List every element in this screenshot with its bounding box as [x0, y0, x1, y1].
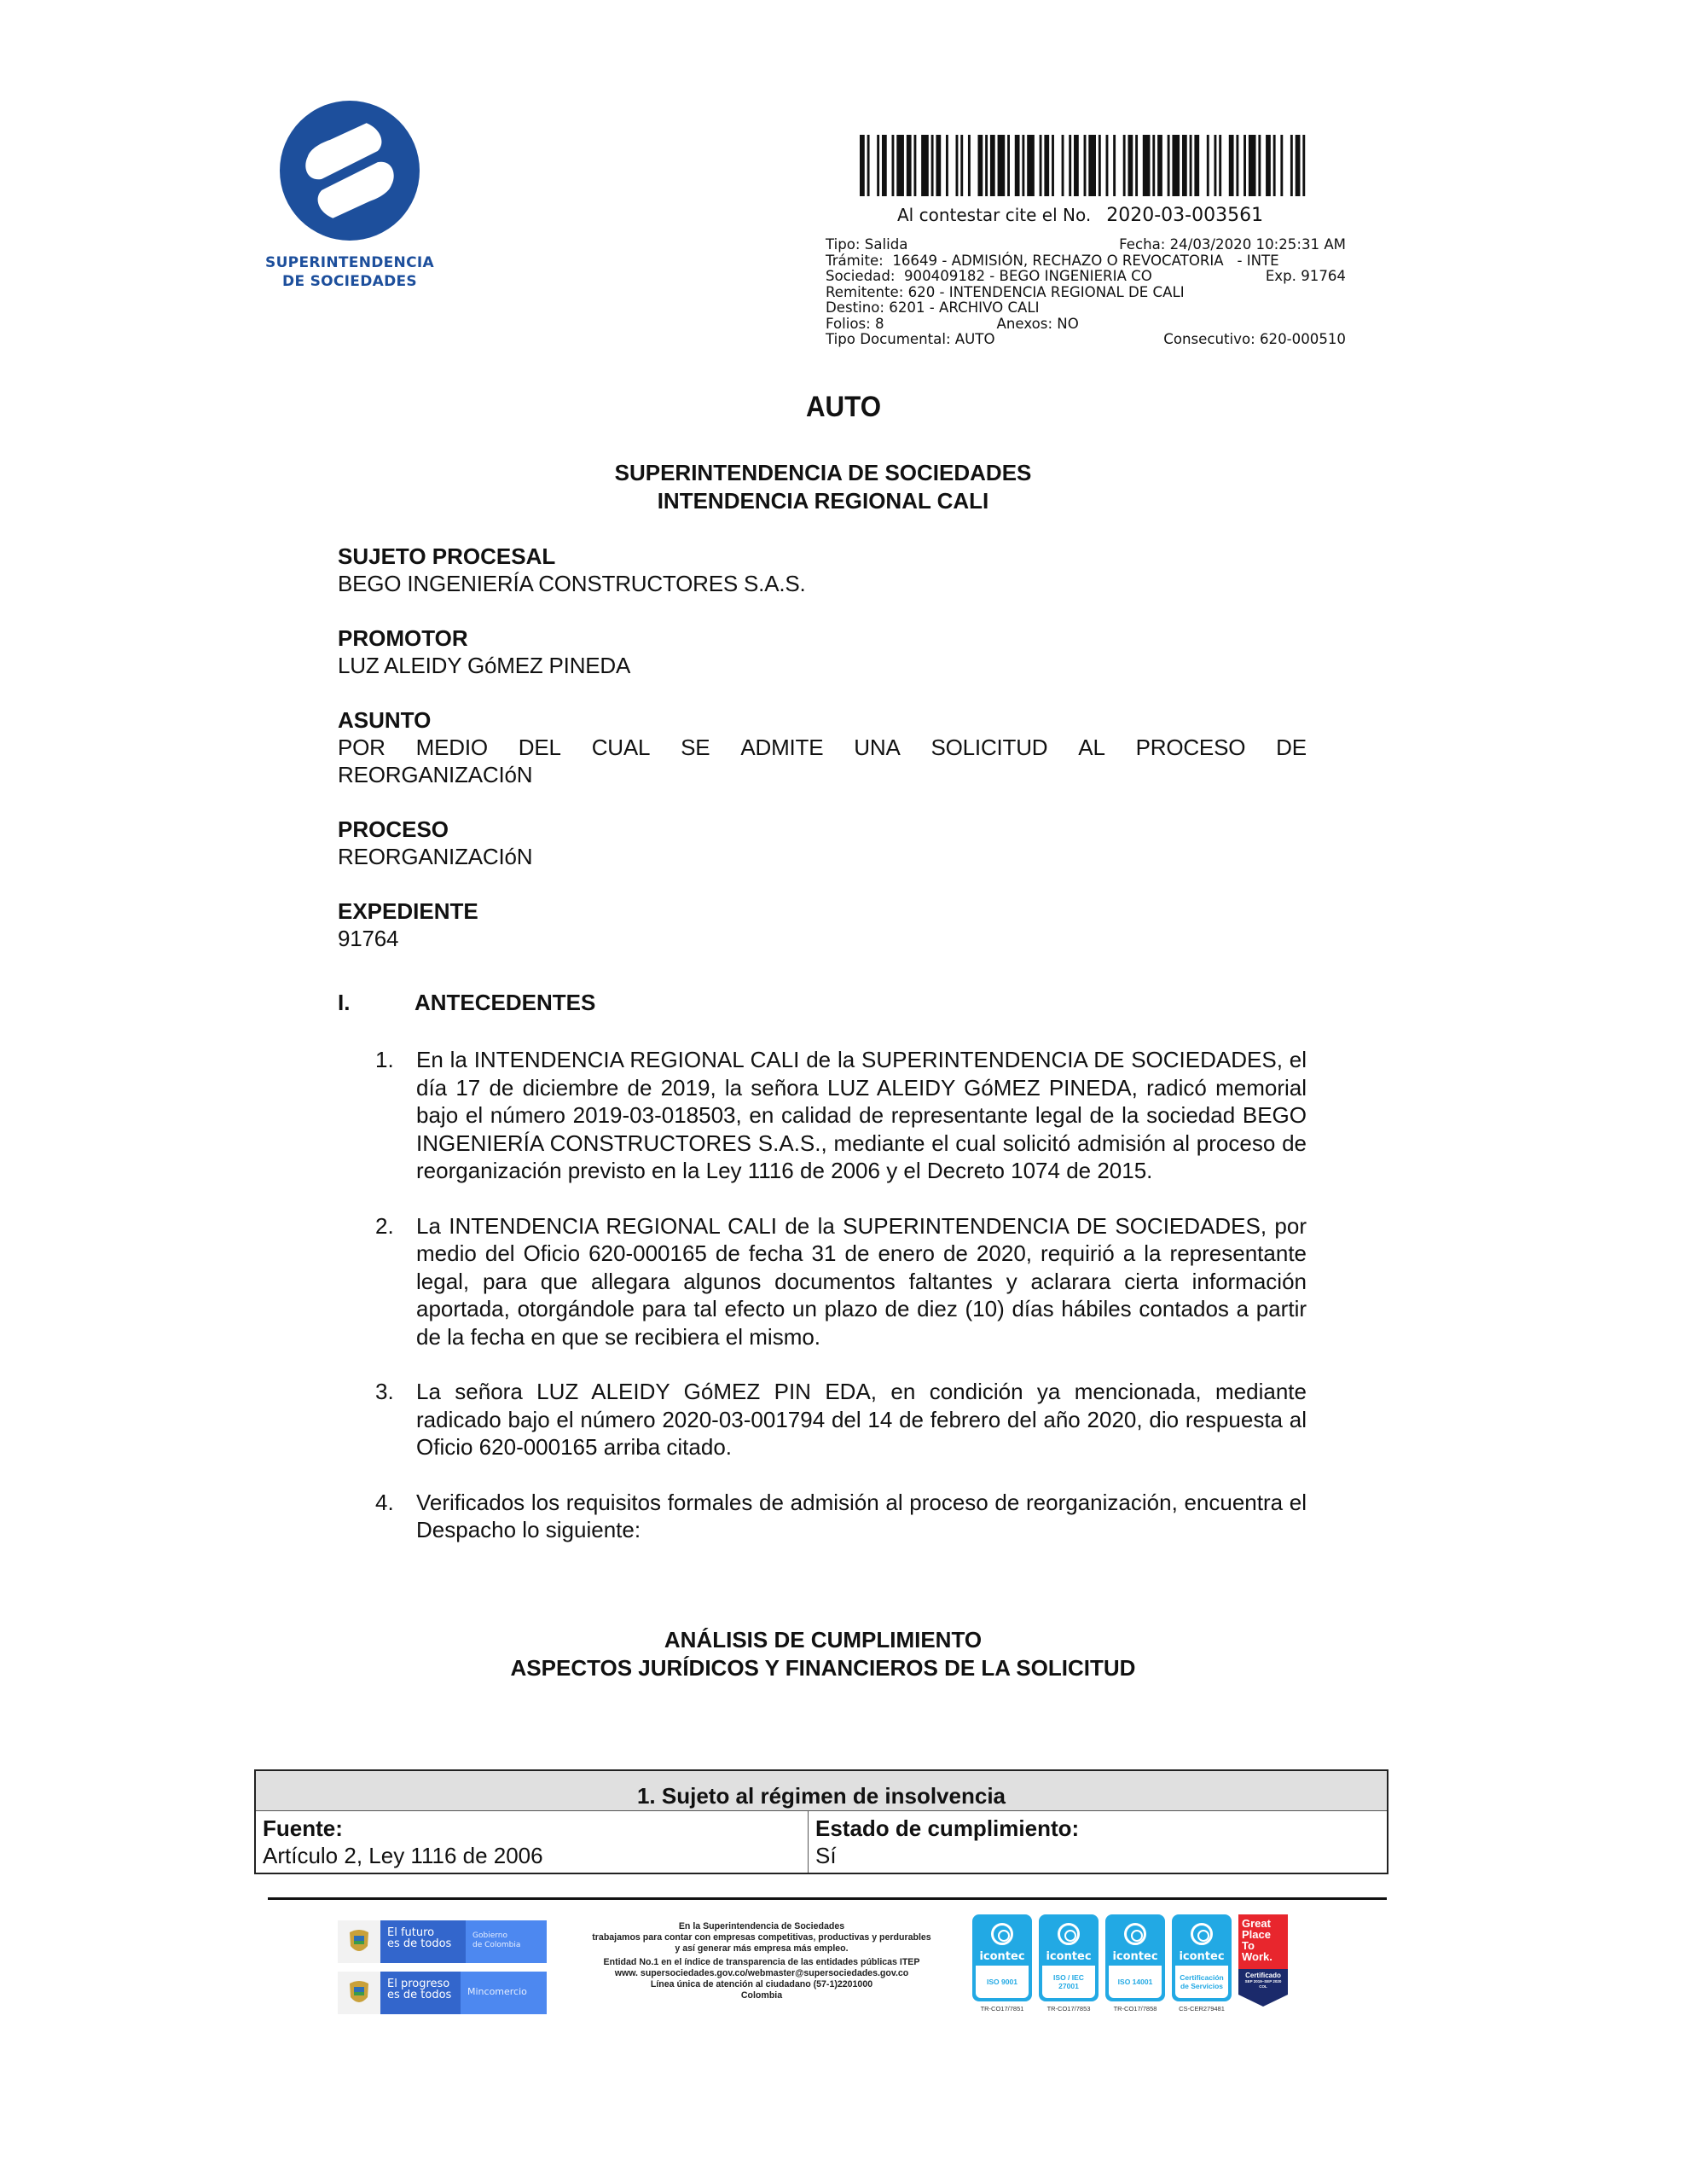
- cert-brand: icontec: [1105, 1950, 1165, 1963]
- table-header: 1. Sujeto al régimen de insolvencia: [256, 1771, 1387, 1811]
- sticker-consecutivo: Consecutivo: 620-000510: [1163, 332, 1346, 348]
- certification-badges: icontecISO 9001TR-CO17/7851icontecISO / …: [972, 1914, 1288, 2013]
- field-value: 91764: [338, 925, 1307, 952]
- cite-number: 2020-03-003561: [1106, 205, 1263, 226]
- gov-badge-line-2: es de todos: [387, 1989, 461, 2001]
- asunto-word: DEL: [519, 734, 561, 761]
- asunto-word: AL: [1078, 734, 1104, 761]
- field-sujeto-procesal: SUJETO PROCESAL BEGO INGENIERÍA CONSTRUC…: [338, 543, 1307, 597]
- footer-divider: [268, 1897, 1387, 1900]
- great-place-to-work-badge: GreatPlaceToWork.CertificadoSEP 2019–SEP…: [1238, 1914, 1288, 2010]
- cert-brand: icontec: [972, 1950, 1032, 1963]
- gov-badge-line-2: es de todos: [387, 1938, 466, 1949]
- sticker-destino: Destino: 6201 - ARCHIVO CALI: [826, 300, 1040, 317]
- field-label: ASUNTO: [338, 706, 1307, 734]
- footer-line: En la Superintendencia de Sociedades: [554, 1921, 969, 1932]
- cell-label: Estado de cumplimiento:: [815, 1815, 1380, 1842]
- organization-heading: SUPERINTENDENCIA DE SOCIEDADES INTENDENC…: [0, 459, 1646, 515]
- field-label: EXPEDIENTE: [338, 897, 1307, 925]
- icontec-logo-icon: [1058, 1923, 1080, 1945]
- list-item-text: En la INTENDENCIA REGIONAL CALI de la SU…: [416, 1046, 1307, 1185]
- list-item-number: 1.: [375, 1046, 416, 1185]
- section-title: ANTECEDENTES: [415, 990, 595, 1016]
- cert-code: TR-CO17/7851: [972, 2005, 1032, 2013]
- field-label: PROMOTOR: [338, 624, 1307, 652]
- supersociedades-logo: SUPERINTENDENCIA DE SOCIEDADES: [256, 101, 443, 291]
- field-value: REORGANIZACIóN: [338, 843, 1307, 870]
- field-value: BEGO INGENIERÍA CONSTRUCTORES S.A.S.: [338, 570, 1307, 597]
- cert-label: Certificación de Servicios: [1175, 1966, 1228, 1998]
- field-promotor: PROMOTOR LUZ ALEIDY GóMEZ PINEDA: [338, 624, 1307, 679]
- cite-number-line: Al contestar cite el No.2020-03-003561: [897, 205, 1263, 226]
- analysis-line-2: ASPECTOS JURÍDICOS Y FINANCIEROS DE LA S…: [0, 1654, 1646, 1682]
- asunto-word: DE: [1276, 734, 1307, 761]
- field-value-line-2: REORGANIZACIóN: [338, 761, 1307, 788]
- cell-label: Fuente:: [263, 1815, 801, 1842]
- list-item-text: Verificados los requisitos formales de a…: [416, 1489, 1307, 1544]
- gptw-certified: CertificadoSEP 2019–SEP 2020COL: [1238, 1969, 1288, 1995]
- org-line-1: SUPERINTENDENCIA DE SOCIEDADES: [0, 459, 1646, 487]
- sticker-exp: Exp. 91764: [1266, 269, 1346, 285]
- list-item-number: 2.: [375, 1212, 416, 1351]
- icontec-certification-badge: icontecISO 14001TR-CO17/7858: [1105, 1914, 1165, 2013]
- colombia-coat-of-arms-icon: [338, 1972, 380, 2014]
- sticker-fecha: Fecha: 24/03/2020 10:25:31 AM: [1119, 237, 1346, 253]
- icontec-logo-icon: [991, 1923, 1013, 1945]
- colombia-coat-of-arms-icon: [338, 1920, 380, 1963]
- gptw-title: GreatPlaceToWork.: [1238, 1914, 1288, 1969]
- radication-sticker: Tipo: SalidaFecha: 24/03/2020 10:25:31 A…: [826, 237, 1346, 348]
- list-item-number: 3.: [375, 1378, 416, 1461]
- list-item-number: 4.: [375, 1489, 416, 1544]
- cert-code: CS-CER279481: [1172, 2005, 1232, 2013]
- icontec-certification-badge: icontecISO 9001TR-CO17/7851: [972, 1914, 1032, 2013]
- analysis-heading: ANÁLISIS DE CUMPLIMIENTO ASPECTOS JURÍDI…: [0, 1626, 1646, 1682]
- footer-text: En la Superintendencia de Sociedades tra…: [554, 1921, 969, 2001]
- footer-line: Colombia: [554, 1990, 969, 2001]
- list-item: 3.La señora LUZ ALEIDY GóMEZ PIN EDA, en…: [375, 1378, 1307, 1461]
- org-line-2: INTENDENCIA REGIONAL CALI: [0, 487, 1646, 515]
- asunto-word: ADMITE: [740, 734, 823, 761]
- cert-brand: icontec: [1172, 1950, 1232, 1963]
- supersociedades-logo-icon: [280, 101, 420, 241]
- cert-code: TR-CO17/7858: [1105, 2005, 1165, 2013]
- icontec-certification-badge: icontecISO / IEC 27001TR-CO17/7853: [1039, 1914, 1099, 2013]
- sticker-folios: Folios: 8: [826, 317, 884, 333]
- sticker-sociedad: Sociedad: 900409182 - BEGO INGENIERIA CO: [826, 269, 1152, 285]
- footer-line: y así generar más empresa más empleo.: [554, 1943, 969, 1955]
- field-proceso: PROCESO REORGANIZACIóN: [338, 816, 1307, 870]
- sticker-tipo: Tipo: Salida: [826, 237, 907, 253]
- icontec-certification-badge: icontecCertificación de ServiciosCS-CER2…: [1172, 1914, 1232, 2013]
- footer-line: Línea única de atención al ciudadano (57…: [554, 1979, 969, 1990]
- field-value: LUZ ALEIDY GóMEZ PINEDA: [338, 652, 1307, 679]
- compliance-table: 1. Sujeto al régimen de insolvencia Fuen…: [254, 1769, 1388, 1874]
- list-item-text: La INTENDENCIA REGIONAL CALI de la SUPER…: [416, 1212, 1307, 1351]
- icontec-logo-icon: [1124, 1923, 1146, 1945]
- logo-line-2: DE SOCIEDADES: [256, 272, 443, 291]
- gov-badge-side-1: Gobierno: [472, 1931, 547, 1941]
- gov-badge-futuro: El futuroes de todos Gobiernode Colombia: [338, 1920, 547, 1963]
- cert-code: TR-CO17/7853: [1039, 2005, 1099, 2013]
- field-label: PROCESO: [338, 816, 1307, 843]
- sticker-tipo-documental: Tipo Documental: AUTO: [826, 332, 995, 348]
- cert-brand: icontec: [1039, 1950, 1099, 1963]
- antecedentes-list: 1.En la INTENDENCIA REGIONAL CALI de la …: [375, 1046, 1307, 1571]
- document-title: AUTO: [67, 391, 1620, 424]
- list-item: 2.La INTENDENCIA REGIONAL CALI de la SUP…: [375, 1212, 1307, 1351]
- section-number: I.: [338, 990, 415, 1016]
- asunto-word: SOLICITUD: [931, 734, 1048, 761]
- cite-label: Al contestar cite el No.: [897, 205, 1091, 225]
- sticker-remitente: Remitente: 620 - INTENDENCIA REGIONAL DE…: [826, 285, 1185, 301]
- icontec-logo-icon: [1191, 1923, 1213, 1945]
- asunto-word: MEDIO: [416, 734, 488, 761]
- field-expediente: EXPEDIENTE 91764: [338, 897, 1307, 952]
- sticker-tramite: Trámite: 16649 - ADMISIÓN, RECHAZO O REV…: [826, 253, 1279, 270]
- asunto-word: SE: [681, 734, 710, 761]
- table-cell-fuente: Fuente: Artículo 2, Ley 1116 de 2006: [256, 1811, 809, 1873]
- asunto-word: CUAL: [592, 734, 651, 761]
- field-value-line-1: PORMEDIODELCUALSEADMITEUNASOLICITUDALPRO…: [338, 734, 1307, 761]
- cert-label: ISO / IEC 27001: [1042, 1966, 1095, 1998]
- cert-label: ISO 14001: [1109, 1966, 1162, 1998]
- footer-website-link[interactable]: www. supersociedades.gov.co/webmaster@su…: [554, 1968, 969, 1979]
- asunto-word: POR: [338, 734, 386, 761]
- analysis-line-1: ANÁLISIS DE CUMPLIMIENTO: [0, 1626, 1646, 1654]
- footer-line: trabajamos para contar con empresas comp…: [554, 1932, 969, 1943]
- cell-value: Sí: [815, 1842, 1380, 1869]
- gov-badge-side-1: Mincomercio: [467, 1987, 547, 1996]
- barcode: [860, 135, 1310, 196]
- gov-badge-progreso: El progresoes de todos Mincomercio: [338, 1972, 547, 2014]
- list-item: 4.Verificados los requisitos formales de…: [375, 1489, 1307, 1544]
- gptw-badge-tip: [1238, 1995, 1288, 2007]
- asunto-word: PROCESO: [1136, 734, 1246, 761]
- table-cell-estado: Estado de cumplimiento: Sí: [809, 1811, 1387, 1873]
- field-asunto: ASUNTO PORMEDIODELCUALSEADMITEUNASOLICIT…: [338, 706, 1307, 788]
- asunto-word: UNA: [854, 734, 900, 761]
- government-badges: El futuroes de todos Gobiernode Colombia…: [338, 1920, 547, 2023]
- logo-line-1: SUPERINTENDENCIA: [256, 253, 443, 272]
- case-fields: SUJETO PROCESAL BEGO INGENIERÍA CONSTRUC…: [338, 543, 1307, 979]
- gov-badge-side-2: de Colombia: [472, 1941, 547, 1950]
- table-row: Fuente: Artículo 2, Ley 1116 de 2006 Est…: [256, 1811, 1387, 1873]
- cell-value: Artículo 2, Ley 1116 de 2006: [263, 1842, 801, 1869]
- list-item-text: La señora LUZ ALEIDY GóMEZ PIN EDA, en c…: [416, 1378, 1307, 1461]
- field-label: SUJETO PROCESAL: [338, 543, 1307, 570]
- footer-line: Entidad No.1 en el índice de transparenc…: [554, 1957, 969, 1968]
- section-heading: I. ANTECEDENTES: [338, 990, 595, 1016]
- list-item: 1.En la INTENDENCIA REGIONAL CALI de la …: [375, 1046, 1307, 1185]
- sticker-anexos: Anexos: NO: [997, 317, 1079, 333]
- cert-label: ISO 9001: [976, 1966, 1029, 1998]
